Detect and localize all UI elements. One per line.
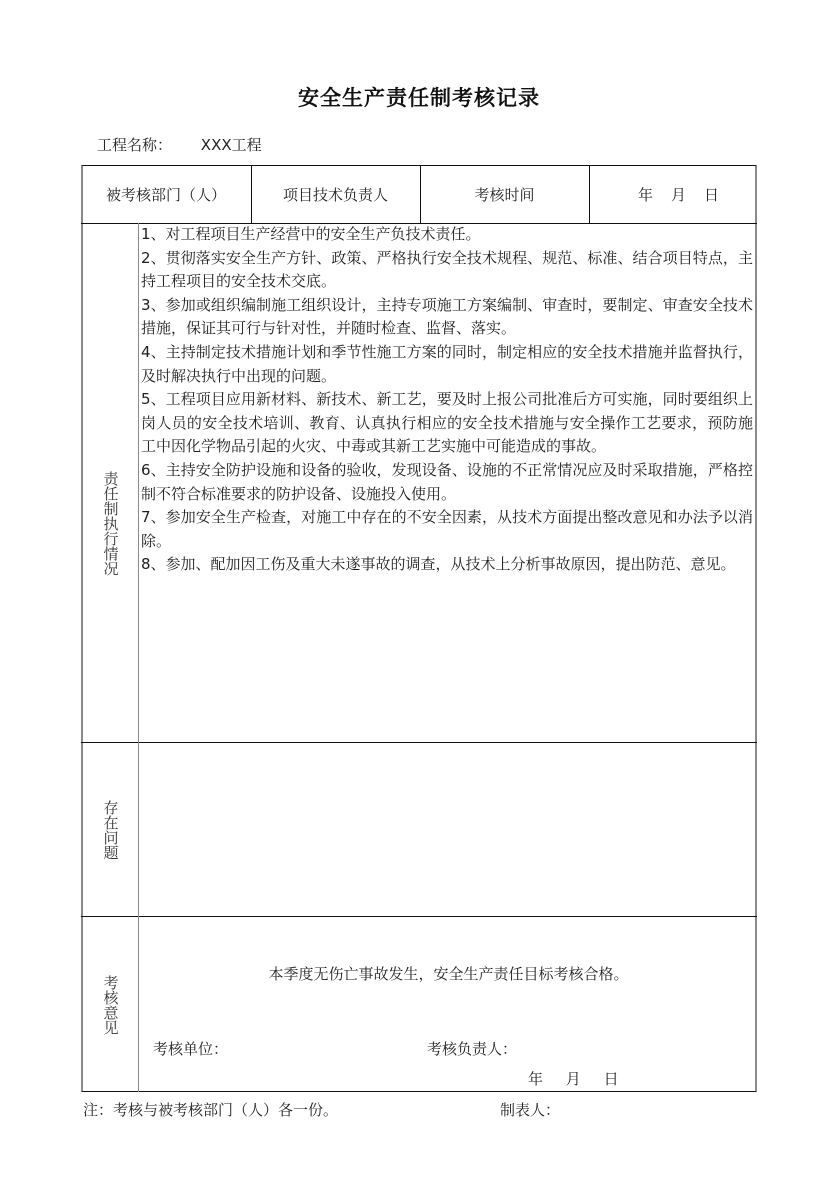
duty-item: 4、主持制定技术措施计划和季节性施工方案的同时，制定相应的安全技术措施并监督执行… (141, 341, 753, 388)
project-name-value: XXX工程 (201, 134, 262, 155)
assessment-responsible-label: 考核负责人： (427, 1038, 517, 1059)
duty-item: 8、参加、配加因工伤及重大未遂事故的调查，从技术上分析事故原因，提出防范、意见。 (141, 553, 753, 577)
col-divider-header-3 (589, 165, 590, 223)
form-maker-label: 制表人： (500, 1099, 560, 1120)
date-month: 月 (671, 184, 686, 205)
execution-label: 责任制执行情况 (83, 224, 138, 822)
execution-label-text: 责任制执行情况 (103, 471, 119, 576)
col-divider-label (138, 223, 139, 1092)
row-divider-execution (81, 742, 757, 743)
duty-item: 2、贯彻落实安全生产方针、政策、严格执行安全技术规程、规范、标准、结合项目特点，… (141, 247, 753, 294)
header-time-label: 考核时间 (420, 165, 589, 224)
project-name-line: 工程名称： XXX工程 (97, 134, 262, 155)
opinion-label: 考核意见 (83, 917, 138, 1092)
header-date-field[interactable]: 年 月 日 (600, 165, 757, 224)
assessment-unit-label: 考核单位： (153, 1038, 228, 1059)
issues-label-text: 存在问题 (103, 800, 119, 860)
date-day: 日 (704, 184, 719, 205)
execution-duties-list: 1、对工程项目生产经营中的安全生产负技术责任。 2、贯彻落实安全生产方针、政策、… (141, 223, 753, 577)
duty-item: 5、工程项目应用新材料、新技术、新工艺，要及时上报公司批准后方可实施，同时要组织… (141, 388, 753, 459)
opinion-text: 本季度无伤亡事故发生，安全生产责任目标考核合格。 (140, 963, 757, 984)
opinion-date-field[interactable]: 年 月 日 (528, 1068, 637, 1089)
opinion-date-day: 日 (604, 1070, 619, 1088)
date-year: 年 (638, 184, 653, 205)
project-name-label: 工程名称： (97, 134, 172, 155)
row-divider-issues (81, 916, 757, 917)
footer-note: 注：考核与被考核部门（人）各一份。 (83, 1099, 338, 1120)
opinion-label-text: 考核意见 (103, 975, 119, 1035)
document-title: 安全生产责任制考核记录 (0, 82, 838, 112)
opinion-date-month: 月 (566, 1070, 581, 1088)
duty-item: 7、参加安全生产检查，对施工中存在的不安全因素，从技术方面提出整改意见和办法予以… (141, 506, 753, 553)
header-dept-label: 被考核部门（人） (81, 165, 251, 224)
duty-item: 3、参加或组织编制施工组织设计，主持专项施工方案编制、审查时，要制定、审查安全技… (141, 294, 753, 341)
opinion-date-year: 年 (528, 1070, 543, 1088)
duty-item: 6、主持安全防护设施和设备的验收，发现设备、设施的不正常情况应及时采取措施，严格… (141, 459, 753, 506)
duty-item: 1、对工程项目生产经营中的安全生产负技术责任。 (141, 223, 753, 247)
issues-content-area[interactable] (140, 744, 755, 915)
issues-label: 存在问题 (83, 743, 138, 916)
header-dept-value: 项目技术负责人 (251, 165, 420, 224)
